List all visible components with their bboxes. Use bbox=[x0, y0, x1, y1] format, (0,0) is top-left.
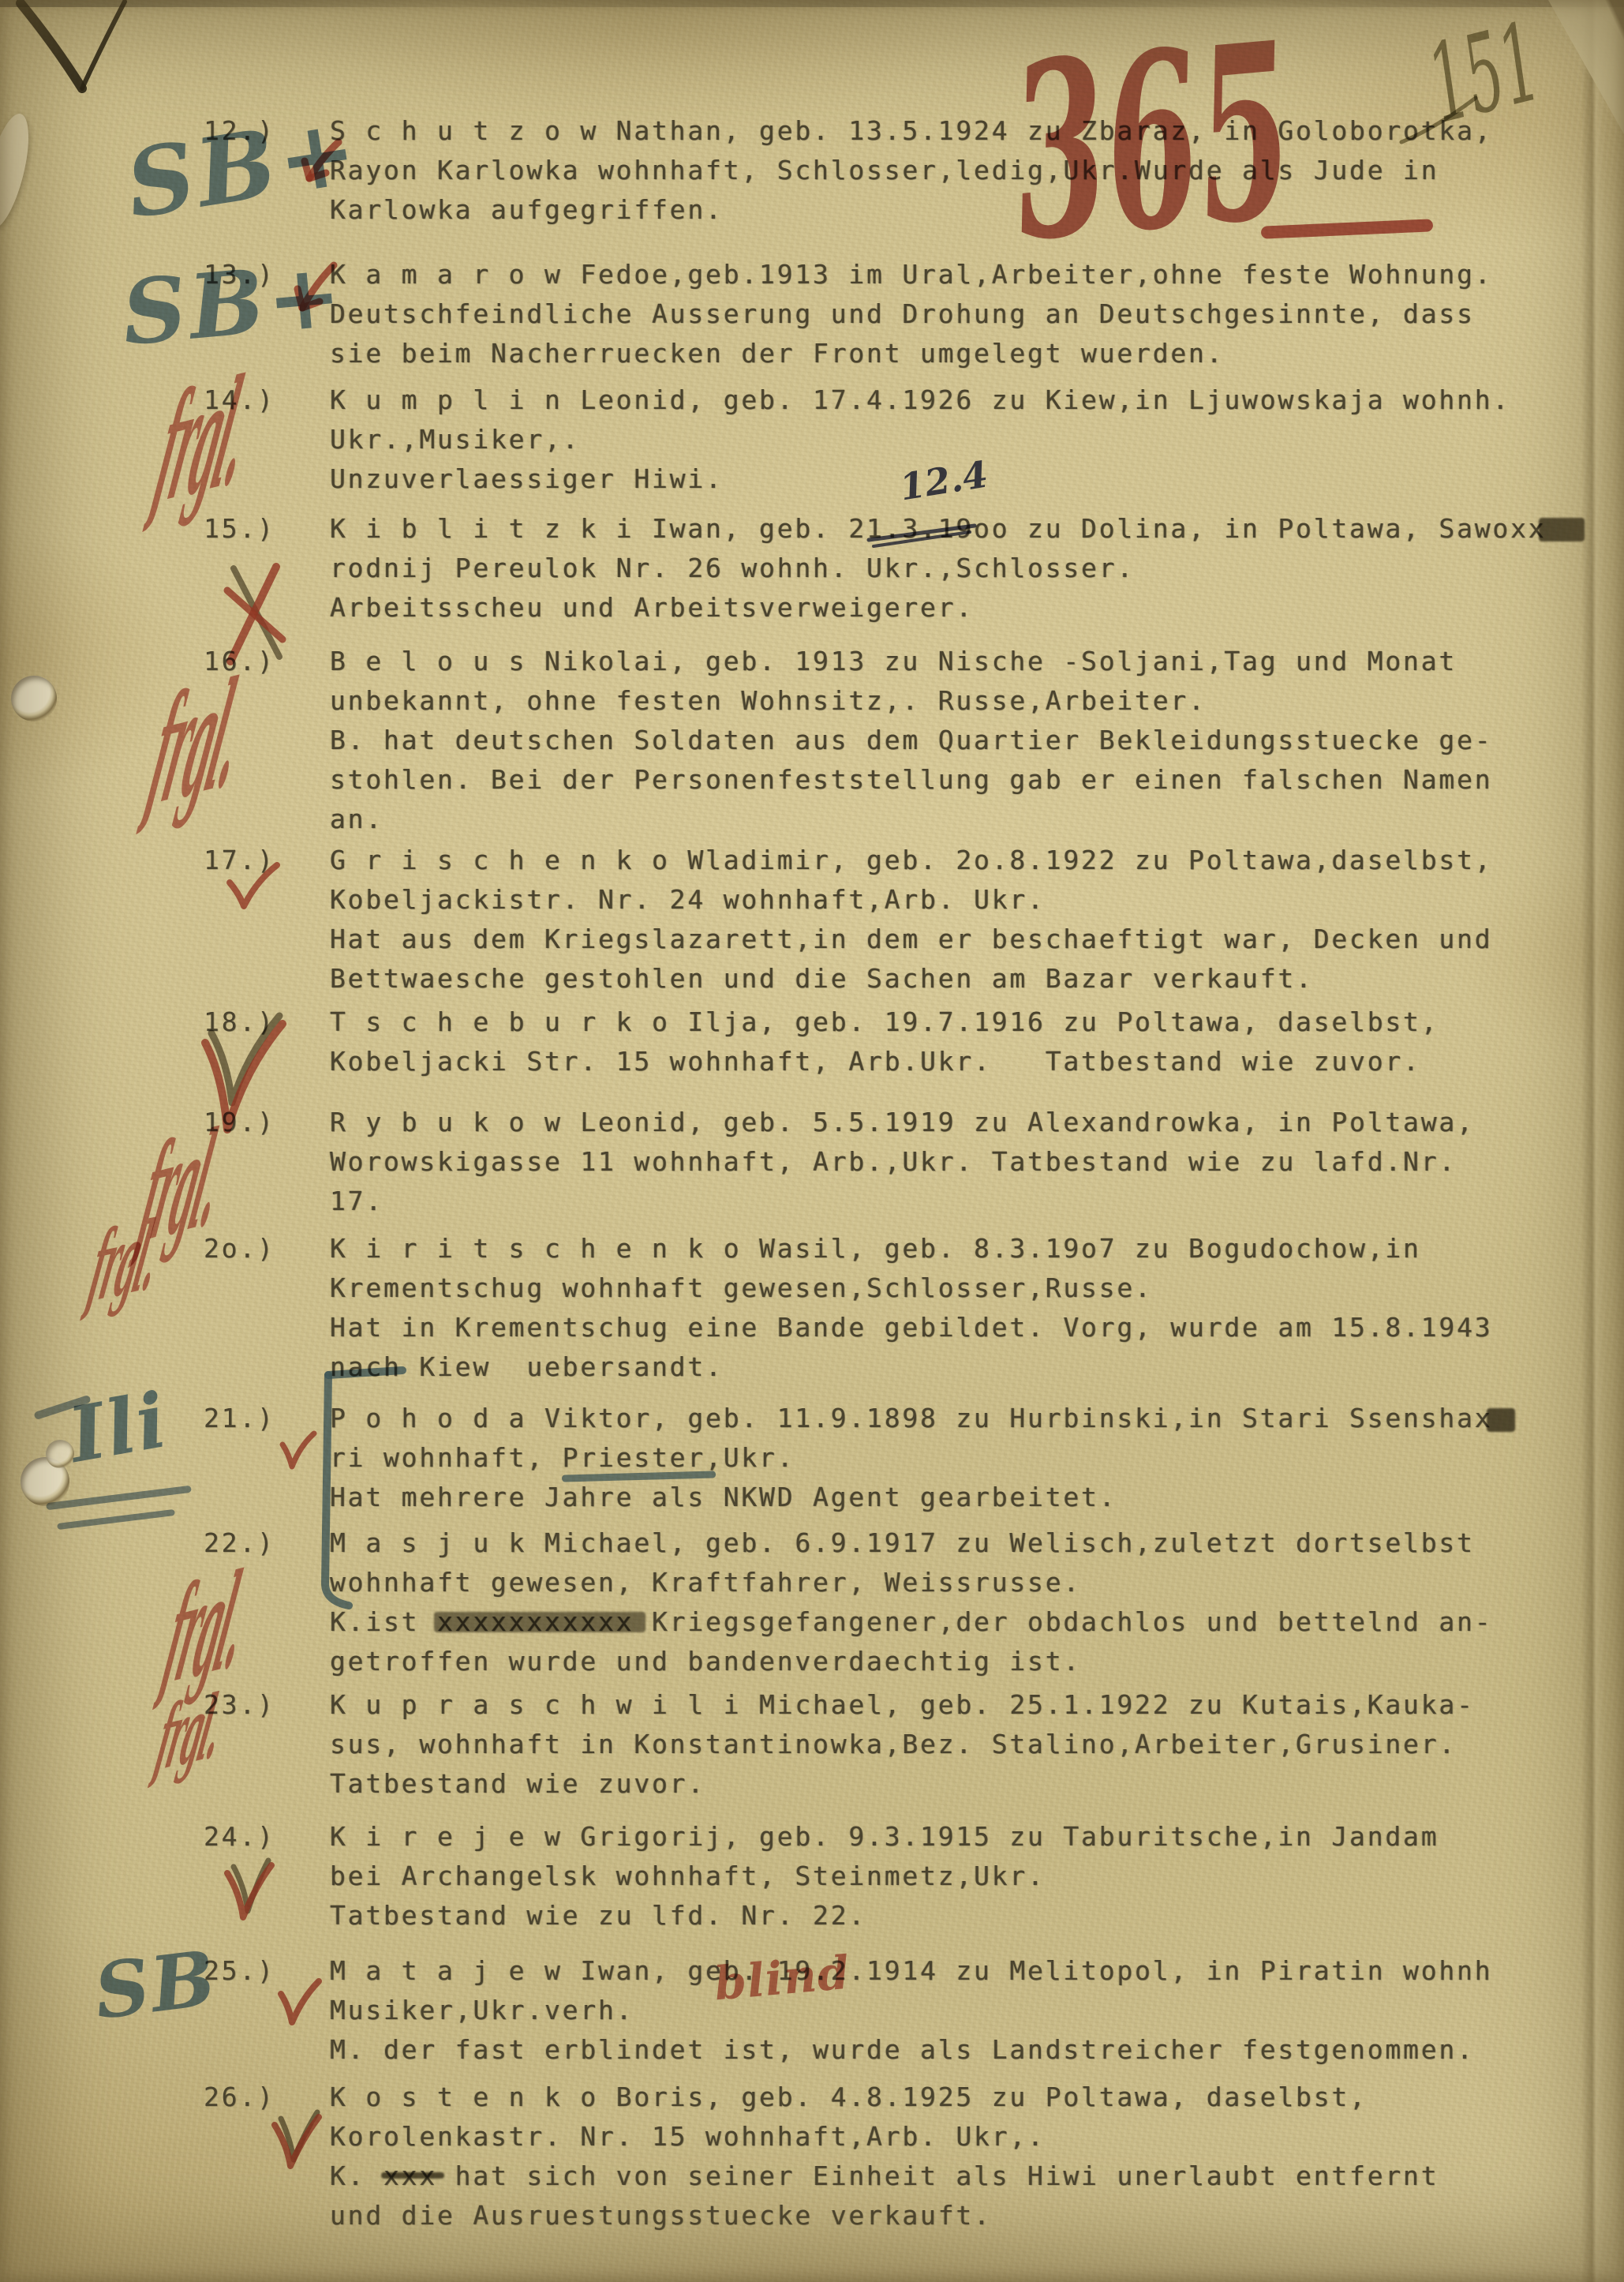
red-check-entry-12 bbox=[288, 136, 345, 193]
entry-number: 2o.) bbox=[204, 1233, 275, 1264]
pencil-red-check-entry-18 bbox=[199, 1006, 292, 1148]
entry-line: K o s t e n k o Boris, geb. 4.8.1925 zu … bbox=[330, 2082, 1439, 2121]
strikeout-smudge-entry-15 bbox=[1539, 518, 1585, 541]
entry-line: Tatbestand wie zuvor. bbox=[330, 1768, 1475, 1808]
strikeout-smudge-entry-21 bbox=[1487, 1408, 1515, 1432]
entry-line: K u p r a s c h w i l i Michael, geb. 25… bbox=[330, 1689, 1475, 1729]
entry-line: Korolenkastr. Nr. 15 wohnhaft,Arb. Ukr,. bbox=[330, 2121, 1439, 2160]
pencil-red-check-entry-26 bbox=[268, 2104, 324, 2168]
ink-strike-through-date bbox=[864, 515, 982, 553]
entry-line: T s c h e b u r k o Ilja, geb. 19.7.1916… bbox=[330, 1006, 1439, 1046]
entry-line: Musiker,Ukr.verh. bbox=[330, 1995, 1492, 2034]
entry-line: Bettwaesche gestohlen und die Sachen am … bbox=[330, 963, 1492, 1002]
entry-line: sie beim Nacherruecken der Front umgeleg… bbox=[330, 338, 1492, 377]
entry-line: unbekannt, ohne festen Wohnsitz,. Russe,… bbox=[330, 685, 1492, 725]
entry-line: bei Archangelsk wohnhaft, Steinmetz,Ukr. bbox=[330, 1860, 1439, 1900]
pencil-flourish-icon bbox=[1397, 93, 1491, 148]
entry-line: S c h u t z o w Nathan, geb. 13.5.1924 z… bbox=[330, 115, 1492, 155]
entry-line: Rayon Karlowka wohnhaft, Schlosser,ledig… bbox=[330, 155, 1492, 194]
strikeout-bar-entry-26 bbox=[381, 2172, 444, 2179]
red-check-entry-21 bbox=[278, 1427, 319, 1476]
entry-text: B e l o u s Nikolai, geb. 1913 zu Nische… bbox=[330, 646, 1492, 843]
margin-note-sb-entry-25: SB bbox=[90, 1933, 222, 2037]
entry-line: Kobeljackistr. Nr. 24 wohnhaft,Arb. Ukr. bbox=[330, 884, 1492, 924]
margin-note-ili-entry-21: Ili bbox=[62, 1375, 174, 1480]
entry-line: M. der fast erblindet ist, wurde als Lan… bbox=[330, 2034, 1492, 2074]
red-x-entry-15 bbox=[219, 562, 292, 666]
entry-line: K a m a r o w Fedoe,geb.1913 im Ural,Arb… bbox=[330, 259, 1492, 298]
entry-line: Hat aus dem Kriegslazarett,in dem er bes… bbox=[330, 924, 1492, 963]
entry-line: und die Ausruestungsstuecke verkauft. bbox=[330, 2200, 1439, 2239]
entry-text: K i r e j e w Grigorij, geb. 9.3.1915 zu… bbox=[330, 1821, 1439, 1939]
entry-line: stohlen. Bei der Personenfeststellung ga… bbox=[330, 764, 1492, 804]
entry-line: K. xxx hat sich von seiner Einheit als H… bbox=[330, 2160, 1439, 2200]
entry-text: G r i s c h e n k o Wladimir, geb. 2o.8.… bbox=[330, 845, 1492, 1002]
entry-text: K o s t e n k o Boris, geb. 4.8.1925 zu … bbox=[330, 2082, 1439, 2239]
entry-line: K i r i t s c h e n k o Wasil, geb. 8.3.… bbox=[330, 1233, 1492, 1272]
entry-line: rodnij Pereulok Nr. 26 wohnh. Ukr.,Schlo… bbox=[330, 553, 1546, 592]
entry-line: M a s j u k Michael, geb. 6.9.1917 zu We… bbox=[330, 1527, 1492, 1567]
entry-line: wohnhaft gewesen, Kraftfahrer, Weissruss… bbox=[330, 1567, 1492, 1606]
entry-line: sus, wohnhaft in Konstantinowka,Bez. Sta… bbox=[330, 1729, 1475, 1768]
entry-line: Deutschfeindliche Ausserung und Drohung … bbox=[330, 298, 1492, 338]
entry-line: an. bbox=[330, 804, 1492, 843]
entry-line: Hat in Krementschug eine Bande gebildet.… bbox=[330, 1312, 1492, 1351]
entry-line: B e l o u s Nikolai, geb. 1913 zu Nische… bbox=[330, 646, 1492, 685]
entry-text: P o h o d a Viktor, geb. 11.9.1898 zu Hu… bbox=[330, 1403, 1492, 1521]
entry-text: K u p r a s c h w i l i Michael, geb. 25… bbox=[330, 1689, 1475, 1808]
entry-line: nach Kiew uebersandt. bbox=[330, 1351, 1492, 1391]
red-check-entry-24 bbox=[223, 1849, 275, 1922]
entry-line: Arbeitsscheu und Arbeitsverweigerer. bbox=[330, 592, 1546, 631]
folio-number-red-pencil: 365 bbox=[1002, 0, 1303, 295]
entry-text: K i r i t s c h e n k o Wasil, geb. 8.3.… bbox=[330, 1233, 1492, 1391]
red-check-entry-13 bbox=[280, 259, 340, 324]
entry-line: Kobeljacki Str. 15 wohnhaft, Arb.Ukr. Ta… bbox=[330, 1046, 1439, 1085]
entry-text: K a m a r o w Fedoe,geb.1913 im Ural,Arb… bbox=[330, 259, 1492, 377]
entry-text: R y b u k o w Leonid, geb. 5.5.1919 zu A… bbox=[330, 1107, 1475, 1225]
entry-line: R y b u k o w Leonid, geb. 5.5.1919 zu A… bbox=[330, 1107, 1475, 1146]
entry-line: Tatbestand wie zu lfd. Nr. 22. bbox=[330, 1900, 1439, 1939]
strikeout-smudge-entry-22 bbox=[434, 1612, 645, 1632]
blue-bracket-entry-21 bbox=[312, 1361, 415, 1621]
entry-line: ri wohnhaft, Priester,Ukr. bbox=[330, 1442, 1492, 1482]
entry-line: K i r e j e w Grigorij, geb. 9.3.1915 zu… bbox=[330, 1821, 1439, 1860]
entry-line: K u m p l i n Leonid, geb. 17.4.1926 zu … bbox=[330, 384, 1510, 424]
entry-number: 26.) bbox=[204, 2082, 275, 2112]
entry-text: M a t a j e w Iwan, geb. 19.2.1914 zu Me… bbox=[330, 1955, 1492, 2074]
entry-line: Ukr.,Musiker,. bbox=[330, 424, 1510, 463]
entry-line: Krementschug wohnhaft gewesen,Schlosser,… bbox=[330, 1272, 1492, 1312]
red-check-entry-17 bbox=[223, 860, 283, 914]
entry-text: M a s j u k Michael, geb. 6.9.1917 zu We… bbox=[330, 1527, 1492, 1685]
entry-line: Worowskigasse 11 wohnhaft, Arb.,Ukr. Tat… bbox=[330, 1146, 1475, 1186]
document-page: 12.)S c h u t z o w Nathan, geb. 13.5.19… bbox=[0, 0, 1624, 2282]
entry-line: Hat mehrere Jahre als NKWD Agent gearbei… bbox=[330, 1482, 1492, 1521]
entry-line: getroffen wurde und bandenverdaechtig is… bbox=[330, 1646, 1492, 1685]
entry-text: S c h u t z o w Nathan, geb. 13.5.1924 z… bbox=[330, 115, 1492, 234]
entry-number: 24.) bbox=[204, 1821, 275, 1852]
red-check-entry-25 bbox=[275, 1975, 325, 2032]
entry-text: T s c h e b u r k o Ilja, geb. 19.7.1916… bbox=[330, 1006, 1439, 1085]
entry-line: G r i s c h e n k o Wladimir, geb. 2o.8.… bbox=[330, 845, 1492, 884]
entry-line: M a t a j e w Iwan, geb. 19.2.1914 zu Me… bbox=[330, 1955, 1492, 1995]
entry-line: P o h o d a Viktor, geb. 11.9.1898 zu Hu… bbox=[330, 1403, 1492, 1442]
entry-line: 17. bbox=[330, 1186, 1475, 1225]
entry-line: B. hat deutschen Soldaten aus dem Quarti… bbox=[330, 725, 1492, 764]
entry-number: 21.) bbox=[204, 1403, 275, 1433]
